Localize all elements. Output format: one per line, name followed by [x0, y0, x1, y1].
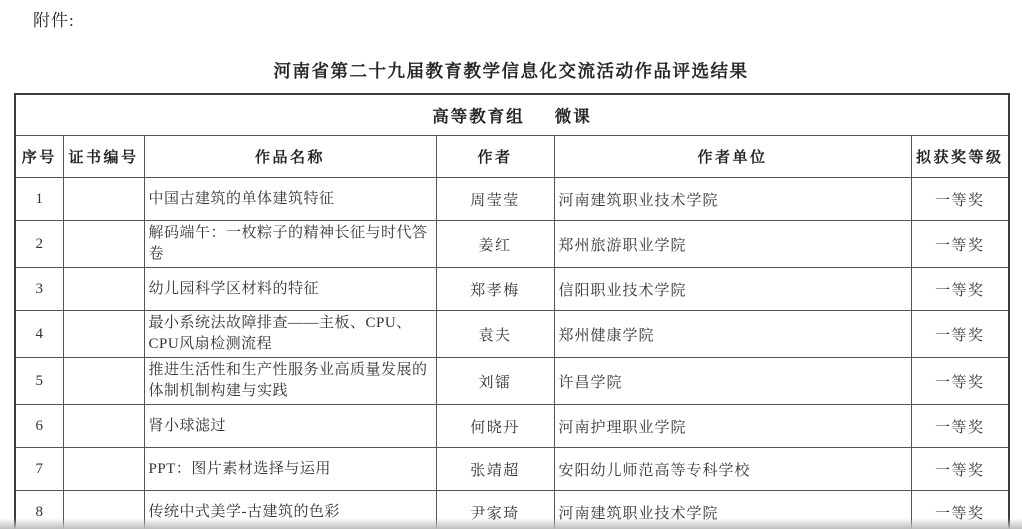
cell-cert	[63, 221, 144, 268]
cell-award: 一等奖	[911, 178, 1009, 221]
column-header-work: 作品名称	[144, 136, 436, 178]
cell-org: 许昌学院	[554, 358, 911, 405]
cell-org: 信阳职业技术学院	[554, 268, 911, 311]
column-header-no: 序号	[15, 136, 63, 178]
cell-work: 解码端午：一枚粽子的精神长征与时代答卷	[144, 221, 436, 268]
column-header-cert: 证书编号	[63, 136, 144, 178]
cell-org: 郑州旅游职业学院	[554, 221, 911, 268]
cell-cert	[63, 311, 144, 358]
cell-work: 中国古建筑的单体建筑特征	[144, 178, 436, 221]
table-row: 6肾小球滤过何晓丹河南护理职业学院一等奖	[15, 405, 1009, 448]
cell-org: 安阳幼儿师范高等专科学校	[554, 448, 911, 491]
table-group-row: 高等教育组微课	[15, 94, 1009, 136]
cell-org: 河南建筑职业技术学院	[554, 178, 911, 221]
table-row: 4最小系统法故障排查——主板、CPU、CPU风扇检测流程袁夫郑州健康学院一等奖	[15, 311, 1009, 358]
cell-no: 7	[15, 448, 63, 491]
cell-work: PPT：图片素材选择与运用	[144, 448, 436, 491]
cell-award: 一等奖	[911, 405, 1009, 448]
cell-org: 郑州健康学院	[554, 311, 911, 358]
cell-cert	[63, 448, 144, 491]
cell-cert	[63, 358, 144, 405]
table-row: 1中国古建筑的单体建筑特征周莹莹河南建筑职业技术学院一等奖	[15, 178, 1009, 221]
group-category: 微课	[555, 107, 592, 126]
cell-work: 推进生活性和生产性服务业高质量发展的体制机制构建与实践	[144, 358, 436, 405]
cell-org: 河南护理职业学院	[554, 405, 911, 448]
table-row: 2解码端午：一枚粽子的精神长征与时代答卷姜红郑州旅游职业学院一等奖	[15, 221, 1009, 268]
page-bottom-shadow	[0, 518, 1022, 529]
cell-author: 郑孝梅	[436, 268, 554, 311]
cell-work: 肾小球滤过	[144, 405, 436, 448]
cell-no: 1	[15, 178, 63, 221]
cell-award: 一等奖	[911, 448, 1009, 491]
cell-author: 刘镭	[436, 358, 554, 405]
cell-author: 周莹莹	[436, 178, 554, 221]
table-row: 5推进生活性和生产性服务业高质量发展的体制机制构建与实践刘镭许昌学院一等奖	[15, 358, 1009, 405]
column-header-author: 作者	[436, 136, 554, 178]
cell-award: 一等奖	[911, 268, 1009, 311]
cell-author: 何晓丹	[436, 405, 554, 448]
page-title: 河南省第二十九届教育教学信息化交流活动作品评选结果	[0, 58, 1022, 83]
column-header-award: 拟获奖等级	[911, 136, 1009, 178]
cell-work: 幼儿园科学区材料的特征	[144, 268, 436, 311]
column-header-org: 作者单位	[554, 136, 911, 178]
cell-no: 3	[15, 268, 63, 311]
cell-no: 6	[15, 405, 63, 448]
attachment-label: 附件:	[33, 6, 75, 31]
cell-award: 一等奖	[911, 311, 1009, 358]
cell-cert	[63, 268, 144, 311]
cell-work: 最小系统法故障排查——主板、CPU、CPU风扇检测流程	[144, 311, 436, 358]
table-body: 1中国古建筑的单体建筑特征周莹莹河南建筑职业技术学院一等奖2解码端午：一枚粽子的…	[15, 178, 1009, 529]
cell-no: 2	[15, 221, 63, 268]
table-row: 7PPT：图片素材选择与运用张靖超安阳幼儿师范高等专科学校一等奖	[15, 448, 1009, 491]
cell-author: 袁夫	[436, 311, 554, 358]
cell-award: 一等奖	[911, 221, 1009, 268]
cell-award: 一等奖	[911, 358, 1009, 405]
cell-author: 姜红	[436, 221, 554, 268]
cell-cert	[63, 405, 144, 448]
cell-cert	[63, 178, 144, 221]
group-header: 高等教育组微课	[15, 94, 1009, 136]
table-row: 3幼儿园科学区材料的特征郑孝梅信阳职业技术学院一等奖	[15, 268, 1009, 311]
table-header-row: 序号证书编号作品名称作者作者单位拟获奖等级	[15, 136, 1009, 178]
cell-author: 张靖超	[436, 448, 554, 491]
cell-no: 4	[15, 311, 63, 358]
group-label: 高等教育组	[432, 107, 525, 126]
awards-table: 高等教育组微课 序号证书编号作品名称作者作者单位拟获奖等级 1中国古建筑的单体建…	[14, 93, 1010, 529]
cell-no: 5	[15, 358, 63, 405]
